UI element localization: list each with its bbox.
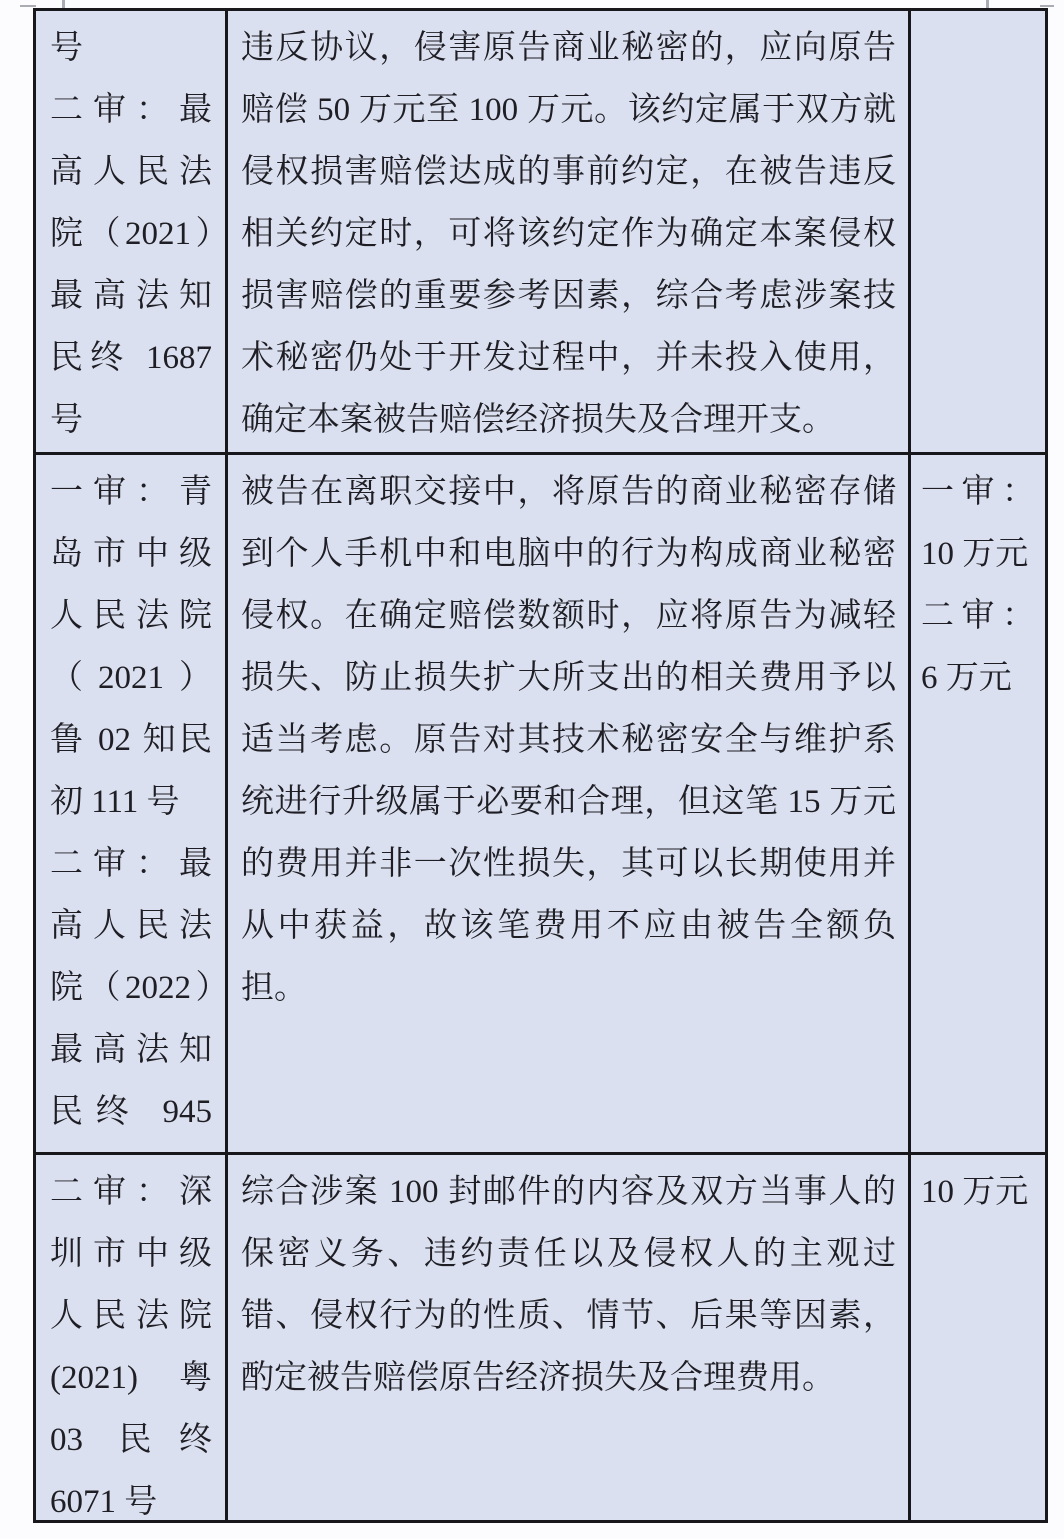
holding-text: 综合涉案 100 封邮件的内容及双方当事人的保密义务、违约责任以及侵权人的主观过… bbox=[241, 1161, 896, 1409]
holding-text: 被告在离职交接中，将原告的商业秘密存储到个人手机中和电脑中的行为构成商业秘密侵权… bbox=[241, 461, 896, 1019]
case-number-line: 二审：最高人民法院（2021）最高法知民终 1687 号 bbox=[50, 79, 212, 451]
case-number-cell: 一审：青岛市中级人民法院（2021）鲁 02 知民初 111 号 二审：最高人民… bbox=[36, 455, 228, 1155]
holding-text: 违反协议，侵害原告商业秘密的，应向原告赔偿 50 万元至 100 万元。该约定属… bbox=[241, 17, 896, 451]
case-number-line: 一审：青岛市中级人民法院（2021）鲁 02 知民初 111 号 bbox=[50, 461, 212, 833]
case-number-line: 二审：最高人民法院（2022）最高法知民终 945 号 bbox=[50, 833, 212, 1155]
holding-cell: 违反协议，侵害原告商业秘密的，应向原告赔偿 50 万元至 100 万元。该约定属… bbox=[228, 11, 911, 455]
case-number-line: 号 bbox=[50, 17, 212, 79]
holding-cell: 被告在离职交接中，将原告的商业秘密存储到个人手机中和电脑中的行为构成商业秘密侵权… bbox=[228, 455, 911, 1155]
amount-cell: 10 万元 bbox=[911, 1155, 1045, 1520]
case-number-line: 二审：深圳市中级人民法院(2021)粤 03 民终 6071 号 bbox=[50, 1161, 212, 1520]
page-edge-artifact bbox=[20, 5, 36, 7]
holding-cell: 综合涉案 100 封邮件的内容及双方当事人的保密义务、违约责任以及侵权人的主观过… bbox=[228, 1155, 911, 1520]
amount-cell: 一审：10 万元 二审：6 万元 bbox=[911, 455, 1045, 1155]
amount-line: 10 万元 bbox=[921, 1161, 1035, 1223]
page-edge-artifact bbox=[1040, 5, 1054, 7]
case-damages-table: 号 二审：最高人民法院（2021）最高法知民终 1687 号 违反协议，侵害原告… bbox=[33, 8, 1048, 1523]
amount-cell bbox=[911, 11, 1045, 455]
amount-line: 二审：6 万元 bbox=[921, 585, 1035, 709]
amount-line: 一审：10 万元 bbox=[921, 461, 1035, 585]
case-number-cell: 号 二审：最高人民法院（2021）最高法知民终 1687 号 bbox=[36, 11, 228, 455]
case-number-cell: 二审：深圳市中级人民法院(2021)粤 03 民终 6071 号 bbox=[36, 1155, 228, 1520]
